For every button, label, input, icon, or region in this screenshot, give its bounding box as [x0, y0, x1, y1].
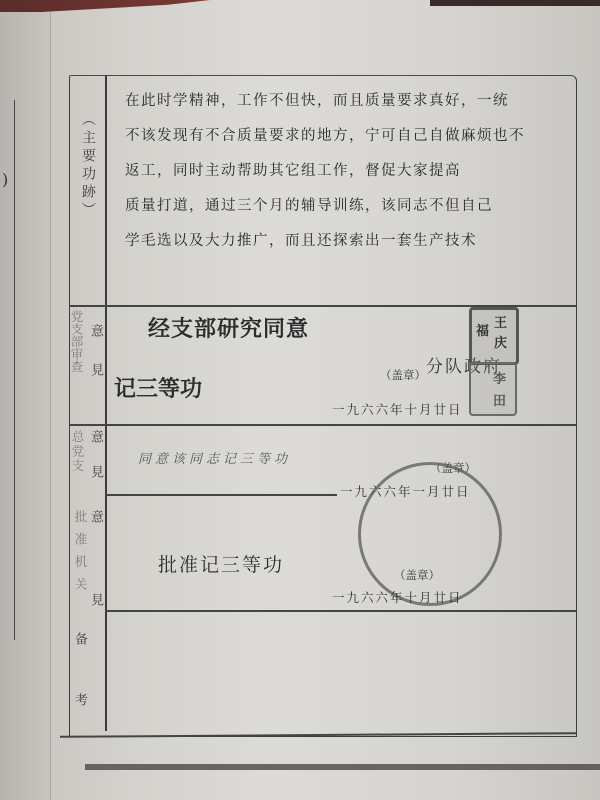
official-round-seal [358, 462, 502, 606]
branch-date: 一九六六年十月廿日 [332, 400, 463, 418]
binding-edge-right [430, 0, 600, 6]
personal-seal-top: 王 庆 福 [469, 307, 519, 365]
previous-page-edge: ) [0, 12, 51, 800]
deeds-line: 学毛选以及大力推广，而且还探索出一套生产技术 [125, 224, 550, 259]
general-branch-opinion-label: 意見 [86, 430, 104, 500]
personal-seal-bottom: 李 田 [469, 362, 517, 416]
binding-cover-edge [0, 0, 210, 12]
main-deeds-label: （主要功跡） [78, 112, 98, 220]
approval-seal-note: （盖章） [394, 567, 440, 583]
branch-seal-note: （盖章） [380, 367, 426, 383]
next-page-edge [85, 764, 600, 770]
remarks-content [110, 617, 570, 727]
branch-opinion-text: 经支部研究同意 [148, 312, 309, 343]
form-page: （主要功跡） 在此时学精神，工作不但快，而且质量要求真好，一统 不该发现有不合质… [50, 12, 600, 800]
previous-page-bracket: ) [2, 170, 8, 189]
section-divider [105, 610, 577, 612]
deeds-line: 返工，同时主动帮助其它组工作，督促大家提高 [125, 154, 550, 189]
sub-divider [105, 494, 337, 496]
main-deeds-text: 在此时学精神，工作不但快，而且质量要求真好，一统 不该发现有不合质量要求的地方，… [125, 84, 550, 259]
approval-date: 一九六六年十月廿日 [332, 588, 463, 606]
general-branch-opinion-text: 同意该同志记三等功 [138, 448, 291, 467]
deeds-line: 不该发现有不合质量要求的地方，宁可自己自做麻烦也不 [125, 119, 550, 154]
general-branch-label: 总党支 [68, 430, 86, 474]
approval-opinion-label: 意見 [86, 510, 104, 676]
branch-review-label: 党支部审查 [68, 310, 85, 373]
branch-opinion-label: 意見 [86, 324, 104, 402]
deeds-line: 质量打道，通过三个月的辅导训练，该同志不但自己 [125, 189, 550, 224]
deeds-line: 在此时学精神，工作不但快，而且质量要求真好，一统 [125, 84, 550, 119]
branch-award-text: 记三等功 [114, 372, 202, 403]
label-column-divider [105, 75, 107, 731]
document-photo: ) （主要功跡） 在此时学精神，工作不但快，而且质量要求真好，一统 不该发现有不… [0, 0, 600, 800]
approval-opinion-text: 批准记三等功 [158, 550, 284, 577]
previous-page-rule [14, 100, 15, 640]
section-divider [69, 424, 577, 426]
